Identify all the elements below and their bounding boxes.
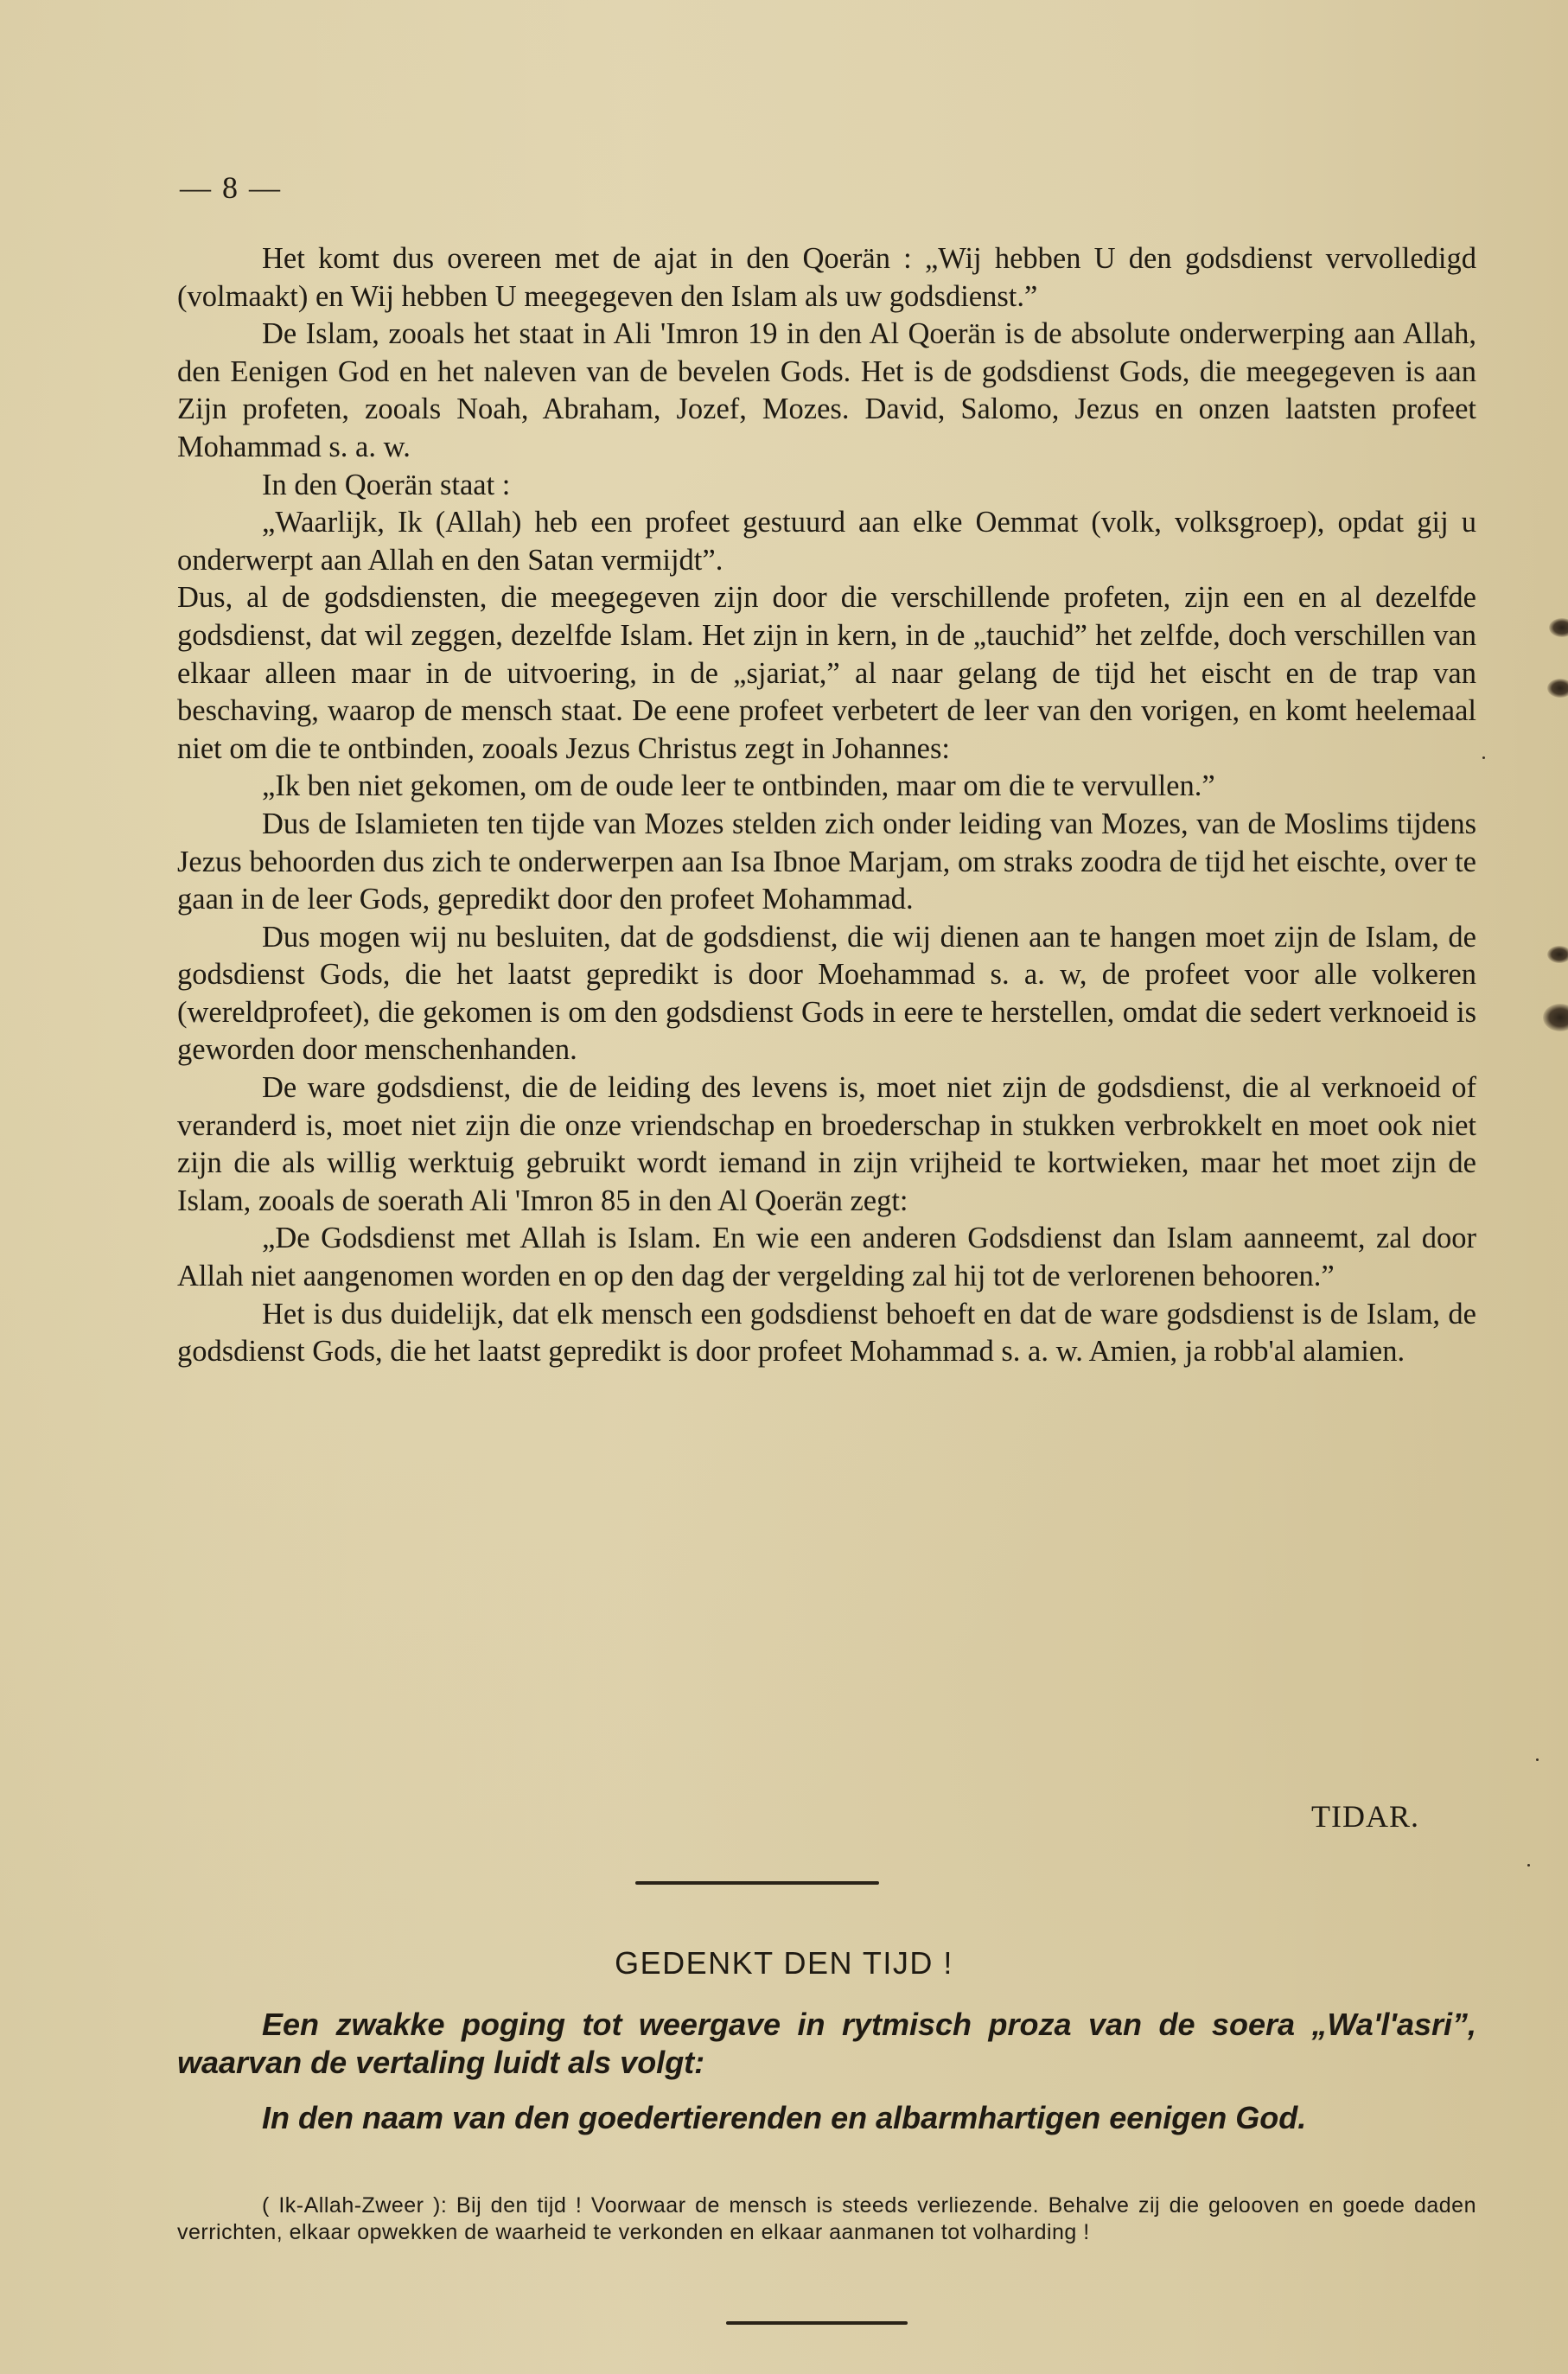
paragraph: Dus mogen wij nu besluiten, dat de godsd… bbox=[177, 919, 1476, 1069]
paper-speck bbox=[1527, 1864, 1530, 1867]
author-signature: TIDAR. bbox=[1311, 1798, 1419, 1835]
paper-speck bbox=[1482, 756, 1485, 759]
paragraph: Het komt dus overeen met de ajat in den … bbox=[177, 240, 1476, 316]
section-divider bbox=[635, 1881, 879, 1885]
paragraph: Dus de Islamieten ten tijde van Mozes st… bbox=[177, 806, 1476, 919]
paragraph: Dus, al de godsdiensten, die meegegeven … bbox=[177, 579, 1476, 768]
paper-stain bbox=[1543, 1004, 1568, 1031]
section-intro: Een zwakke poging tot weergave in rytmis… bbox=[177, 2006, 1476, 2154]
page-number: — 8 — bbox=[180, 169, 282, 206]
paragraph: Het is dus duidelijk, dat elk mensch een… bbox=[177, 1296, 1476, 1371]
paper-stain bbox=[1547, 679, 1568, 698]
paper-stain bbox=[1547, 946, 1568, 963]
article-body: Het komt dus overeen met de ajat in den … bbox=[177, 240, 1476, 1371]
translation-paragraph: ( Ik-Allah-Zweer ): Bij den tijd ! Voorw… bbox=[177, 2192, 1476, 2246]
paper-stain bbox=[1549, 618, 1568, 637]
paragraph: De Islam, zooals het staat in Ali 'Imron… bbox=[177, 316, 1476, 466]
translation-text: ( Ik-Allah-Zweer ): Bij den tijd ! Voorw… bbox=[177, 2192, 1476, 2246]
intro-paragraph: Een zwakke poging tot weergave in rytmis… bbox=[177, 2006, 1476, 2082]
end-divider bbox=[726, 2321, 908, 2325]
document-page: — 8 — Het komt dus overeen met de ajat i… bbox=[0, 0, 1568, 2374]
paper-speck bbox=[1536, 1758, 1539, 1761]
invocation-paragraph: In den naam van den goedertierenden en a… bbox=[177, 2099, 1476, 2137]
paragraph: In den Qoerän staat : bbox=[177, 467, 1476, 505]
section-title: GEDENKT DEN TIJD ! bbox=[0, 1945, 1568, 1982]
quote-paragraph: „Waarlijk, Ik (Allah) heb een profeet ge… bbox=[177, 504, 1476, 579]
paragraph: De ware godsdienst, die de leiding des l… bbox=[177, 1069, 1476, 1220]
quote-paragraph: „Ik ben niet gekomen, om de oude leer te… bbox=[177, 768, 1476, 806]
quote-paragraph: „De Godsdienst met Allah is Islam. En wi… bbox=[177, 1220, 1476, 1295]
